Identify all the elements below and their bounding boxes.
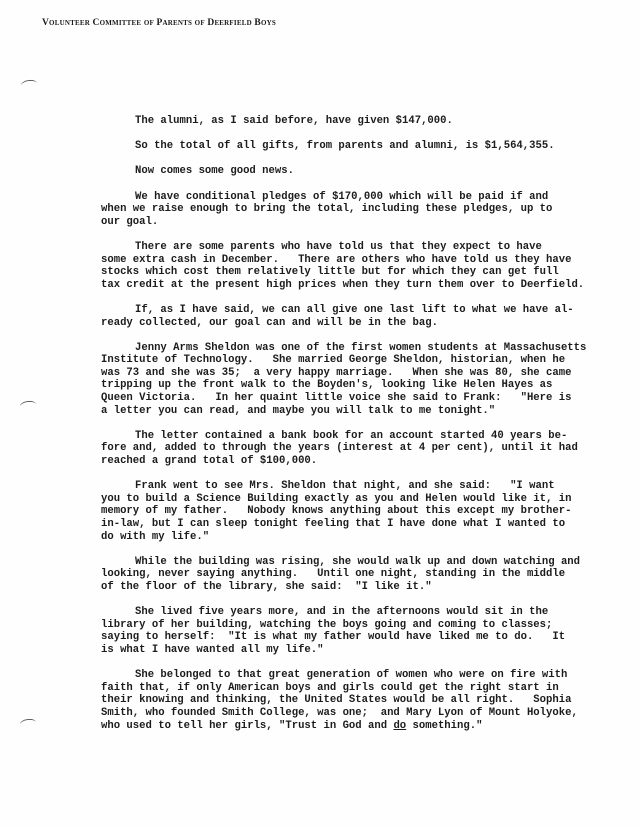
text-line: you to build a Science Building exactly … <box>101 493 621 506</box>
text-line: Queen Victoria. In her quaint little voi… <box>101 392 621 405</box>
paragraph: The letter contained a bank book for an … <box>101 430 621 468</box>
text-line: While the building was rising, she would… <box>101 556 621 569</box>
letter-body: The alumni, as I said before, have given… <box>101 115 621 745</box>
paragraph: Jenny Arms Sheldon was one of the first … <box>101 342 621 418</box>
text-line: The alumni, as I said before, have given… <box>101 115 621 128</box>
text-line: library of her building, watching the bo… <box>101 619 621 632</box>
text-line: Institute of Technology. She married Geo… <box>101 354 621 367</box>
text-line: some extra cash in December. There are o… <box>101 254 621 267</box>
text-line: looking, never saying anything. Until on… <box>101 568 621 581</box>
text-line: of the floor of the library, she said: "… <box>101 581 621 594</box>
text-line: faith that, if only American boys and gi… <box>101 682 621 695</box>
text-line: memory of my father. Nobody knows anythi… <box>101 505 621 518</box>
text-line: The letter contained a bank book for an … <box>101 430 621 443</box>
text-line: fore and, added to through the years (in… <box>101 442 621 455</box>
text-line: Smith, who founded Smith College, was on… <box>101 707 621 720</box>
paragraph: Now comes some good news. <box>101 165 621 178</box>
text-line: saying to herself: "It is what my father… <box>101 631 621 644</box>
text-line: She belonged to that great generation of… <box>101 669 621 682</box>
paragraph: She lived five years more, and in the af… <box>101 606 621 656</box>
paragraph: There are some parents who have told us … <box>101 241 621 291</box>
text-line: Jenny Arms Sheldon was one of the first … <box>101 342 621 355</box>
text-line: their knowing and thinking, the United S… <box>101 694 621 707</box>
text-line: There are some parents who have told us … <box>101 241 621 254</box>
paragraph: We have conditional pledges of $170,000 … <box>101 191 621 229</box>
punch-hole-mark <box>19 718 36 729</box>
letterhead: Volunteer Committee of Parents of Deerfi… <box>42 18 276 28</box>
text-line: She lived five years more, and in the af… <box>101 606 621 619</box>
text-line: is what I have wanted all my life." <box>101 644 621 657</box>
text-line: our goal. <box>101 216 621 229</box>
punch-hole-mark <box>20 79 37 90</box>
text-line: stocks which cost them relatively little… <box>101 266 621 279</box>
paragraph: If, as I have said, we can all give one … <box>101 304 621 329</box>
text-line: Now comes some good news. <box>101 165 621 178</box>
text-line: ready collected, our goal can and will b… <box>101 317 621 330</box>
text-line: reached a grand total of $100,000. <box>101 455 621 468</box>
text-line: We have conditional pledges of $170,000 … <box>101 191 621 204</box>
paragraph: While the building was rising, she would… <box>101 556 621 594</box>
paragraph: Frank went to see Mrs. Sheldon that nigh… <box>101 480 621 543</box>
text-line: Frank went to see Mrs. Sheldon that nigh… <box>101 480 621 493</box>
text-line: was 73 and she was 35; a very happy marr… <box>101 367 621 380</box>
text-line: tripping up the front walk to the Boyden… <box>101 379 621 392</box>
punch-hole-mark <box>19 400 36 411</box>
text-line: tax credit at the present high prices wh… <box>101 279 621 292</box>
paragraph: So the total of all gifts, from parents … <box>101 140 621 153</box>
text-line: a letter you can read, and maybe you wil… <box>101 405 621 418</box>
text-line: who used to tell her girls, "Trust in Go… <box>101 720 621 733</box>
text-line: So the total of all gifts, from parents … <box>101 140 621 153</box>
paragraph: She belonged to that great generation of… <box>101 669 621 732</box>
text-line: in-law, but I can sleep tonight feeling … <box>101 518 621 531</box>
paragraph: The alumni, as I said before, have given… <box>101 115 621 128</box>
text-line: If, as I have said, we can all give one … <box>101 304 621 317</box>
text-line: do with my life." <box>101 531 621 544</box>
text-line: when we raise enough to bring the total,… <box>101 203 621 216</box>
document-page: Volunteer Committee of Parents of Deerfi… <box>0 0 640 828</box>
